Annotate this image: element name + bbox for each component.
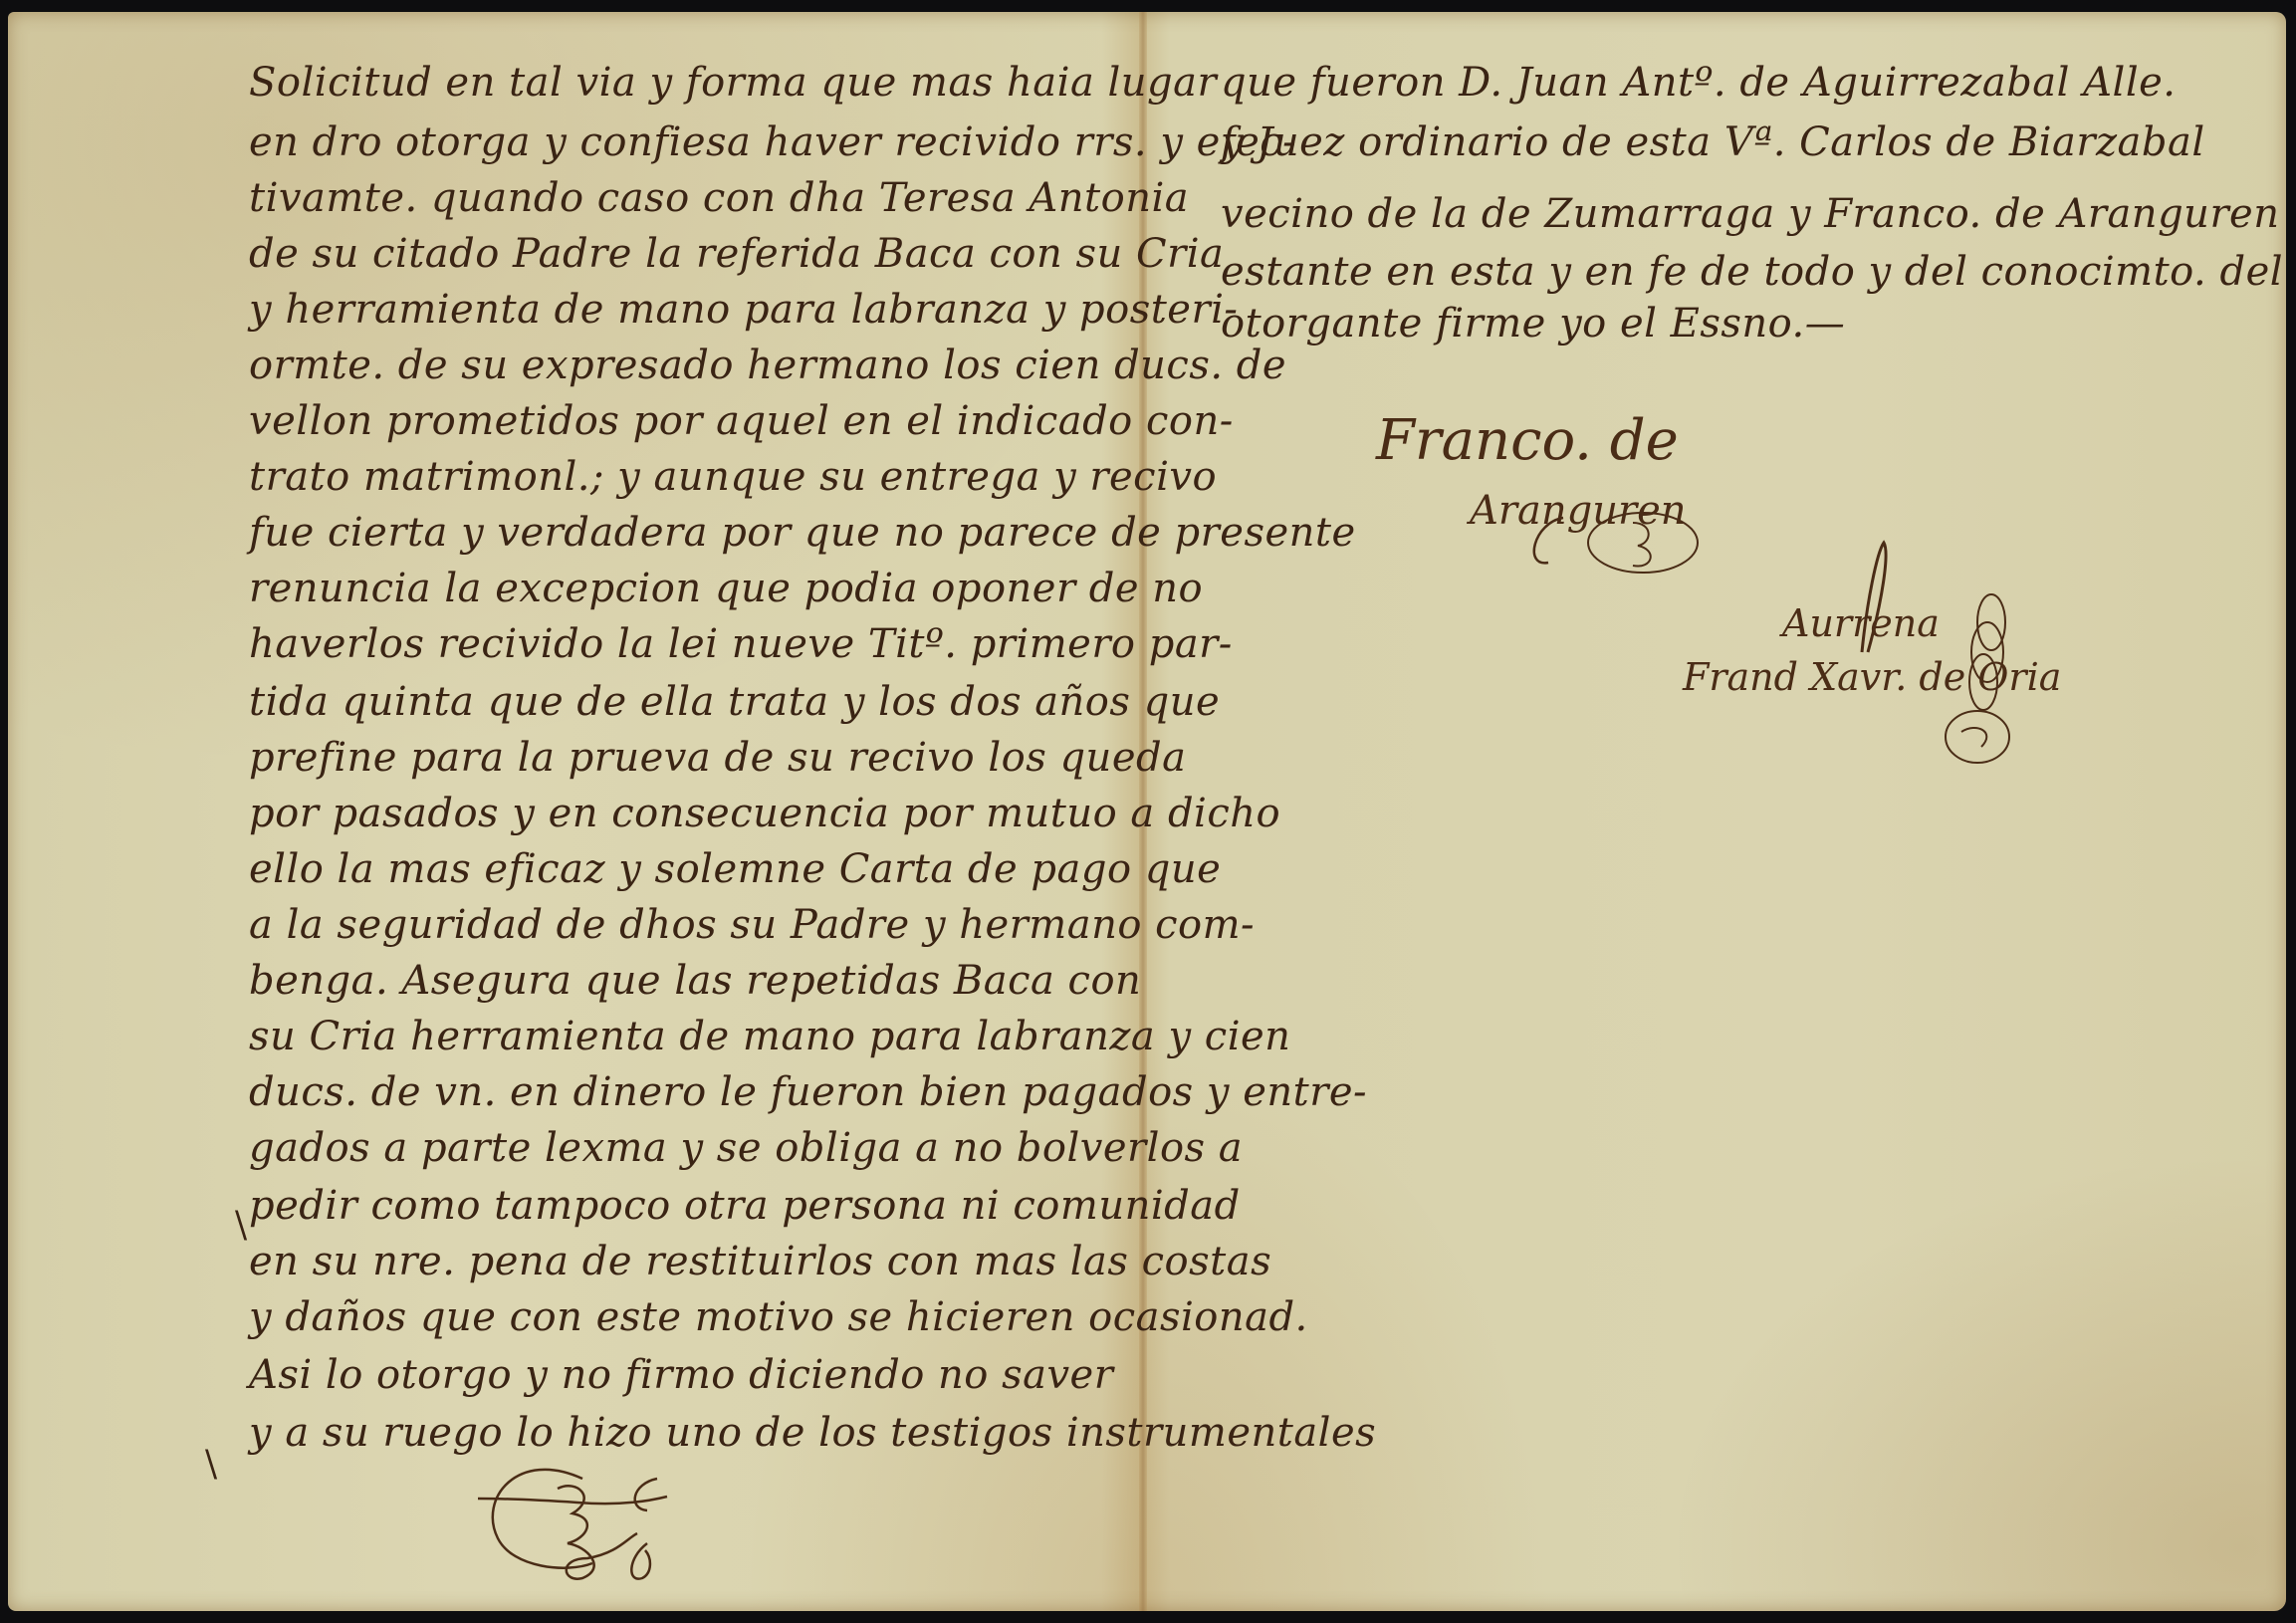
manuscript-line: renuncia la excepcion que podia oponer d… [249,566,1203,611]
manuscript-line: trato matrimonl.; y aunque su entrega y … [249,454,1217,500]
manuscript-line: y herramienta de mano para labranza y po… [249,287,1238,333]
manuscript-line: de su citado Padre la referida Baca con … [249,231,1224,277]
manuscript-line: ello la mas eficaz y solemne Carta de pa… [249,846,1221,892]
manuscript-line: ormte. de su expresado hermano los cien … [249,343,1286,388]
manuscript-line: ducs. de vn. en dinero le fueron bien pa… [249,1069,1367,1115]
margin-tick-mark: \ [205,1444,217,1485]
manuscript-line: Solicitud en tal via y forma que mas hai… [249,60,1217,106]
margin-tick-mark: \ [235,1205,247,1246]
manuscript-line: en dro otorga y confiesa haver recivido … [249,119,1296,165]
manuscript-line: y daños que con este motivo se hicieren … [249,1294,1308,1340]
manuscript-line: tivamte. quando caso con dha Teresa Anto… [249,175,1189,221]
manuscript-line: y Juez ordinario de esta Vª. Carlos de B… [1221,119,2205,165]
manuscript-line: haverlos recivido la lei nueve Titº. pri… [249,621,1233,667]
manuscript-line: por pasados y en consecuencia por mutuo … [249,791,1280,836]
rubric-flourish-icon [458,1459,717,1598]
manuscript-line: tida quinta que de ella trata y los dos … [249,679,1220,725]
signature-paraph-icon [1503,498,1722,587]
manuscript-line: y a su ruego lo hizo uno de los testigos… [249,1410,1376,1456]
manuscript-line: en su nre. pena de restituirlos con mas … [249,1239,1271,1284]
manuscript-line: vecino de la de Zumarraga y Franco. de A… [1221,191,2280,237]
signature-aranguren-line1: Franco. de [1376,408,1679,473]
manuscript-line: prefine para la prueva de su recivo los … [249,735,1186,781]
signature-paraph-icon [1802,533,2031,782]
manuscript-line: estante en esta y en fe de todo y del co… [1221,249,2283,295]
manuscript-line: su Cria herramienta de mano para labranz… [249,1014,1290,1059]
manuscript-line: otorgante firme yo el Essno.— [1221,301,1845,347]
manuscript-line: Asi lo otorgo y no firmo diciendo no sav… [249,1352,1113,1398]
manuscript-line: benga. Asegura que las repetidas Baca co… [249,958,1141,1004]
manuscript-line: vellon prometidos por aquel en el indica… [249,398,1234,444]
manuscript-line: que fueron D. Juan Antº. de Aguirrezabal… [1221,60,2177,106]
manuscript-line: fue cierta y verdadera por que no parece… [249,510,1356,556]
manuscript-line: gados a parte lexma y se obliga a no bol… [249,1125,1243,1171]
manuscript-line: pedir como tampoco otra persona ni comun… [249,1183,1241,1229]
manuscript-line: a la seguridad de dhos su Padre y herman… [249,902,1255,948]
